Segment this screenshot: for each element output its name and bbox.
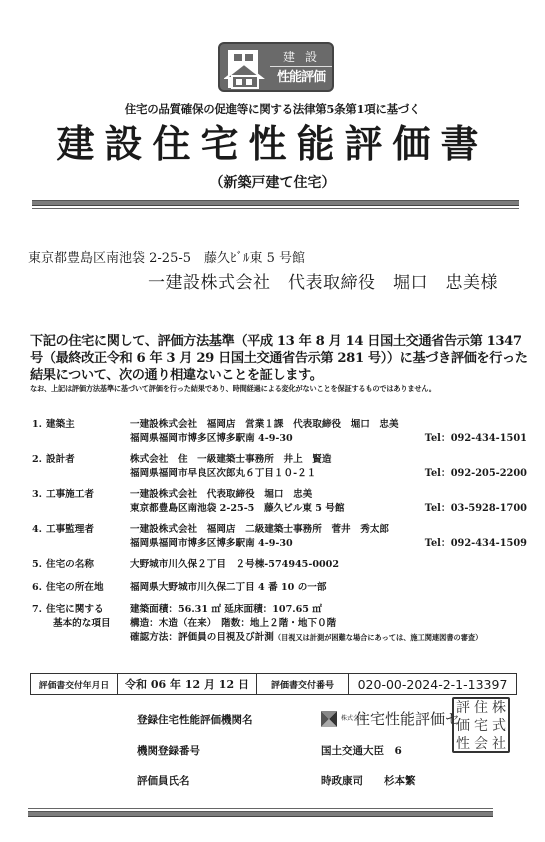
organization-logo-icon: [321, 711, 337, 727]
item-line2: 福岡県福岡市博多区博多駅南 4-9-30: [130, 537, 430, 551]
item-line1: 株式会社 住 一級建築士事務所 井上 賢造: [130, 453, 430, 467]
bottom-divider-bar: [28, 811, 493, 817]
bottom-divider-line: [28, 808, 493, 809]
item-number: 7.: [32, 603, 46, 617]
issue-number-value: 020-00-2024-2-1-13397: [349, 674, 516, 694]
item-line3-main: 確認方法：評価員の目視及び計測: [130, 632, 274, 643]
item-label: 住宅の所在地: [46, 581, 136, 595]
item-tel: Tel：03-5928-1700: [425, 502, 527, 516]
organization-name-value: 住宅性能評価セ: [355, 708, 460, 729]
list-item-house-location: 6. 住宅の所在地 福岡県大野城市川久保二丁目 4 番 10 の一部: [32, 581, 527, 597]
evaluation-certificate-page: 建設 性能評価 住宅の品質確保の促進等に関する法律第5条第1項に基づく 建設住宅…: [0, 0, 545, 842]
top-divider-bar: [32, 200, 519, 206]
item-line2: 構造：木造（在来） 階数：地上２階・地下０階: [130, 617, 430, 631]
seal-char: 株: [490, 699, 508, 717]
list-item-basic-info: 7. 住宅に関する 基本的な項目 建築面積：56.31 ㎡ 延床面積：107.6…: [32, 603, 527, 649]
issue-info-table: 評価書交付年月日 令和 06 年 12 月 12 日 評価書交付番号 020-0…: [30, 673, 517, 695]
issue-date-value: 令和 06 年 12 月 12 日: [118, 674, 257, 694]
addressee-address: 東京都豊島区南池袋 2-25-5 藤久ﾋﾞﾙ東 5 号館: [28, 247, 305, 266]
item-number: 5.: [32, 558, 46, 572]
item-line1: 一建設株式会社 福岡店 営業１課 代表取締役 堀口 忠美: [130, 418, 430, 432]
list-item-contractor: 3. 工事施工者 一建設株式会社 代表取締役 堀口 忠美 東京都豊島区南池袋 2…: [32, 488, 527, 518]
organization-name-prefix: 株式会社: [341, 715, 353, 722]
organization-name-label: 登録住宅性能評価機関名: [137, 712, 253, 727]
seal-char: 宅: [472, 717, 490, 735]
item-label: 住宅の名称: [46, 558, 136, 572]
item-number: 3.: [32, 488, 46, 502]
item-label: 工事施工者: [46, 488, 136, 502]
item-line1: 福岡県大野城市川久保二丁目 4 番 10 の一部: [130, 581, 430, 595]
seal-char: 性: [454, 735, 472, 753]
list-item-house-name: 5. 住宅の名称 大野城市川久保２丁目 ２号棟-574945-0002: [32, 558, 527, 574]
item-line2: 東京都豊島区南池袋 2-25-5 藤久ビル東 5 号館: [130, 502, 430, 516]
seal-char: 評: [454, 699, 472, 717]
law-subtitle: 住宅の品質確保の促進等に関する法律第5条第1項に基づく: [0, 101, 545, 117]
seal-char: 住: [472, 699, 490, 717]
seal-char: 式: [490, 717, 508, 735]
item-line1: 一建設株式会社 代表取締役 堀口 忠美: [130, 488, 430, 502]
registration-label: 機関登録番号: [137, 743, 200, 758]
issue-number-label: 評価書交付番号: [257, 674, 349, 694]
certification-note: なお、上記は評価方法基準に基づいて評価を行った結果であり、時間経過による変化がな…: [30, 384, 530, 394]
item-line3-note: （目視又は計測が困難な場合にあっては、施工関連図書の審査）: [274, 633, 482, 642]
performance-evaluation-logo: 建設 性能評価: [218, 42, 334, 92]
logo-top-text: 建設: [270, 47, 332, 67]
seal-char: 価: [454, 717, 472, 735]
item-label-line1: 住宅に関する: [46, 603, 136, 617]
house-icon: [224, 48, 266, 90]
item-number: 1.: [32, 418, 46, 432]
item-tel: Tel：092-205-2200: [425, 467, 527, 481]
certification-statement: 下記の住宅に関して、評価方法基準（平成 13 年 8 月 14 日国土交通省告示…: [30, 333, 530, 384]
item-line1: 建築面積：56.31 ㎡ 延床面積：107.65 ㎡: [130, 603, 430, 617]
logo-bottom-text: 性能評価: [270, 67, 332, 89]
addressee-name: 一建設株式会社 代表取締役 堀口 忠美様: [148, 268, 498, 293]
seal-char: 会: [472, 735, 490, 753]
list-item-designer: 2. 設計者 株式会社 住 一級建築士事務所 井上 賢造 福岡県福岡市早良区次郎…: [32, 453, 527, 483]
page-title: 建設住宅性能評価書: [0, 122, 545, 166]
item-line2: 福岡県福岡市早良区次郎丸６丁目１０-２１: [130, 467, 430, 481]
housing-type: （新築戸建て住宅）: [0, 172, 545, 192]
list-item-supervisor: 4. 工事監理者 一建設株式会社 福岡店 二級建築士事務所 菅井 秀太郎 福岡県…: [32, 523, 527, 553]
registration-value: 国土交通大臣 6: [321, 743, 402, 758]
evaluator-label: 評価員氏名: [137, 773, 190, 788]
company-seal-stamp: 評 住 株 価 宅 式 性 会 社: [452, 697, 510, 753]
seal-char: 社: [490, 735, 508, 753]
item-label: 建築主: [46, 418, 136, 432]
item-line1: 大野城市川久保２丁目 ２号棟-574945-0002: [130, 558, 430, 572]
item-line1: 一建設株式会社 福岡店 二級建築士事務所 菅井 秀太郎: [130, 523, 430, 537]
item-tel: Tel：092-434-1501: [425, 432, 527, 446]
item-line2: 福岡県福岡市博多区博多駅南 4-9-30: [130, 432, 430, 446]
item-tel: Tel：092-434-1509: [425, 537, 527, 551]
top-divider-line: [32, 208, 519, 209]
item-number: 6.: [32, 581, 46, 595]
list-item-owner: 1. 建築主 一建設株式会社 福岡店 営業１課 代表取締役 堀口 忠美 福岡県福…: [32, 418, 527, 448]
item-label: 設計者: [46, 453, 136, 467]
item-number: 2.: [32, 453, 46, 467]
issue-date-label: 評価書交付年月日: [31, 674, 118, 694]
item-label: 工事監理者: [46, 523, 136, 537]
evaluator-value: 時政康司 杉本繁: [321, 773, 416, 788]
item-number: 4.: [32, 523, 46, 537]
